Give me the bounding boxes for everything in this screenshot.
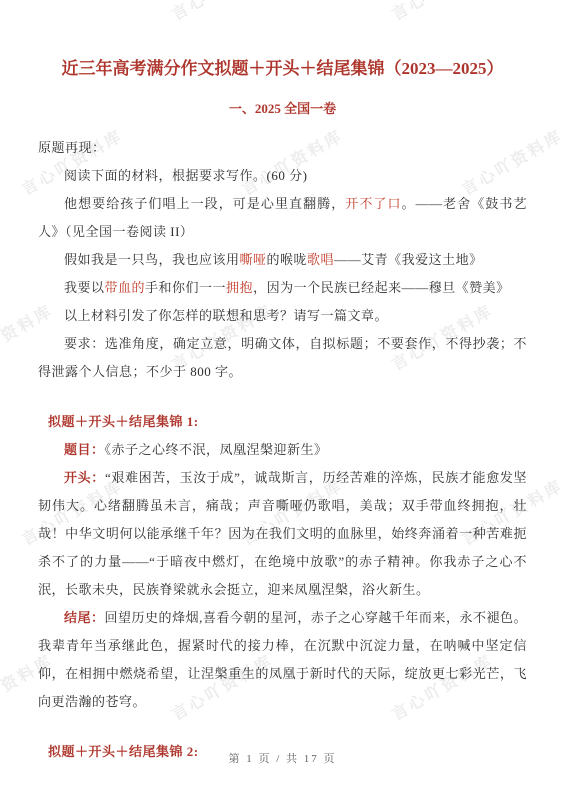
page-number-footer: 第 1 页 / 共 17 页: [0, 750, 565, 766]
watermark-text: 言心吖资料库: [167, 0, 277, 25]
section-subtitle: 一、2025 全国一卷: [38, 100, 527, 118]
material-aiqing: 假如我是一只鸟，我也应该用嘶哑的喉咙歌唱——艾青《我爱这土地》: [38, 246, 527, 274]
document-title: 近三年高考满分作文拟题＋开头＋结尾集锦（2023—2025）: [38, 58, 527, 80]
watermark-text: 言心吖资料库: [387, 0, 497, 25]
watermark-text: 言心吖资料库: [0, 0, 57, 25]
prompt-instruction: 阅读下面的材料，根据要求写作。(60 分): [38, 162, 527, 190]
collection-1-heading: 拟题＋开头＋结尾集锦 1:: [48, 408, 527, 436]
material-mudan: 我要以带血的手和你们一一拥抱，因为一个民族已经起来——穆旦《赞美》: [38, 274, 527, 302]
collection-1-opening: 开头：“艰难困苦，玉汝于成”，诚哉斯言，历经苦难的淬炼，民族才能愈发坚韧伟大。心…: [38, 464, 527, 604]
document-content: 近三年高考满分作文拟题＋开头＋结尾集锦（2023—2025） 一、2025 全国…: [38, 58, 527, 766]
document-body: 原题再现：阅读下面的材料，根据要求写作。(60 分)他想要给孩子们唱上一段，可是…: [38, 134, 527, 766]
requirements: 要求：选准角度，确定立意，明确文体，自拟标题；不要套作，不得抄袭；不得泄露个人信…: [38, 330, 527, 386]
document-page: 言心吖资料库言心吖资料库言心吖资料库言心吖资料库言心吖资料库言心吖资料库言心吖资…: [0, 0, 565, 800]
original-question-label: 原题再现：: [38, 134, 527, 162]
prompt-question: 以上材料引发了你怎样的联想和思考？请写一篇文章。: [38, 302, 527, 330]
collection-1-ending: 结尾：回望历史的烽烟,喜看今朝的星河，赤子之心穿越千年而来，永不褪色。我辈青年当…: [38, 604, 527, 716]
material-laoshe: 他想要给孩子们唱上一段，可是心里直翻腾，开不了口。——老舍《鼓书艺人》（见全国一…: [38, 190, 527, 246]
collection-1-title: 题目：《赤子之心终不泯，凤凰涅槃迎新生》: [38, 436, 527, 464]
